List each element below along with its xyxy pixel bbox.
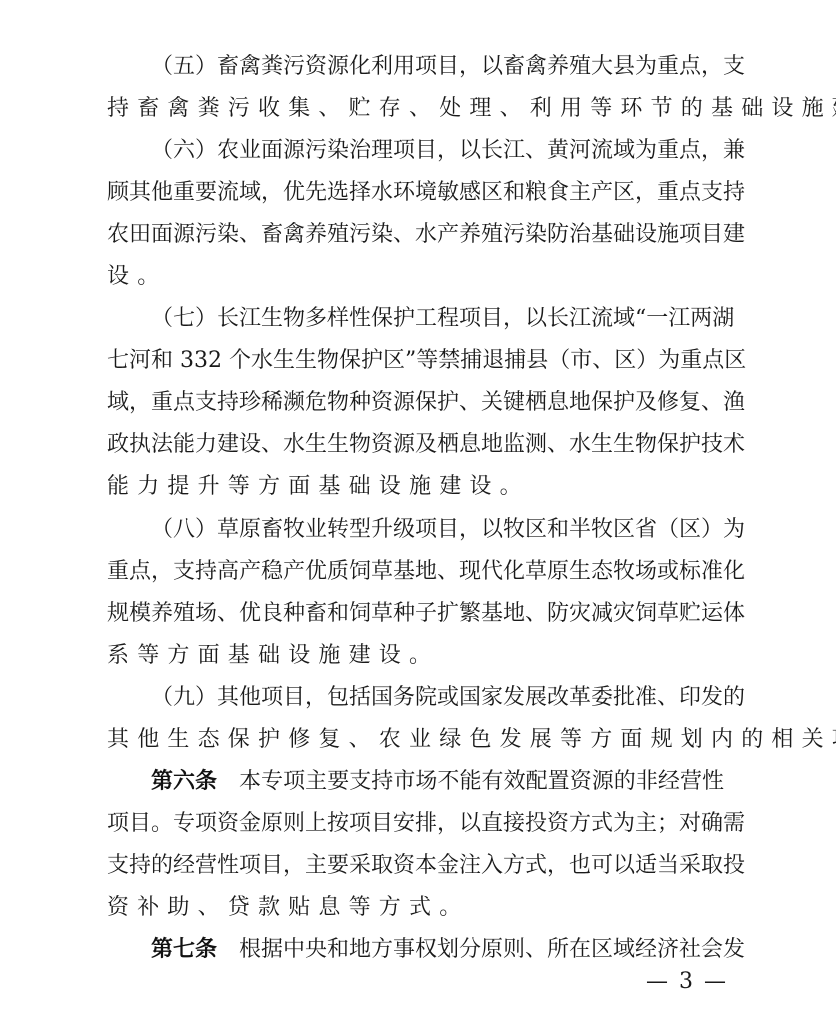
line-text: 能力提升等方面基础设施建设。 <box>107 466 724 508</box>
paragraph-article-6: 第六条 本专项主要支持市场不能有效配置资源的非经营性 项目。专项资金原则上按项目… <box>107 761 724 929</box>
text-line: 项目。专项资金原则上按项目安排，以直接投资方式为主；对确需 <box>107 803 724 845</box>
line-text: 七河和 332 个水生生物保护区”等禁捕退捕县（市、区）为重点区 <box>107 340 724 382</box>
line-text: 政执法能力建设、水生生物资源及栖息地监测、水生生物保护技术 <box>107 424 724 466</box>
line-text: 设。 <box>107 256 724 298</box>
line-text: 资补助、贷款贴息等方式。 <box>107 887 724 929</box>
text-line: 系等方面基础设施建设。 <box>107 635 724 677</box>
line-text: （七）长江生物多样性保护工程项目，以长江流域“一江两湖 <box>151 298 724 340</box>
text-line: 域，重点支持珍稀濒危物种资源保护、关键栖息地保护及修复、渔 <box>107 382 724 424</box>
article-heading: 第六条 <box>151 761 217 803</box>
paragraph-item-7: （七）长江生物多样性保护工程项目，以长江流域“一江两湖 七河和 332 个水生生… <box>107 298 724 508</box>
text-line: （九）其他项目，包括国务院或国家发展改革委批准、印发的 <box>107 677 724 719</box>
text-line: 设。 <box>107 256 724 298</box>
text-line: 持畜禽粪污收集、贮存、处理、利用等环节的基础设施建设。 <box>107 88 724 130</box>
text-line: 七河和 332 个水生生物保护区”等禁捕退捕县（市、区）为重点区 <box>107 340 724 382</box>
line-text: （九）其他项目，包括国务院或国家发展改革委批准、印发的 <box>151 677 724 719</box>
line-text: （六）农业面源污染治理项目，以长江、黄河流域为重点，兼 <box>151 130 724 172</box>
line-text: （八）草原畜牧业转型升级项目，以牧区和半牧区省（区）为 <box>151 509 724 551</box>
article-heading: 第七条 <box>151 929 217 971</box>
document-page: （五）畜禽粪污资源化利用项目，以畜禽养殖大县为重点，支 持畜禽粪污收集、贮存、处… <box>0 0 836 1034</box>
line-text: 系等方面基础设施建设。 <box>107 635 724 677</box>
line-text: 持畜禽粪污收集、贮存、处理、利用等环节的基础设施建设。 <box>107 88 724 130</box>
line-text: 农田面源污染、畜禽养殖污染、水产养殖污染防治基础设施项目建 <box>107 214 724 256</box>
line-text: 域，重点支持珍稀濒危物种资源保护、关键栖息地保护及修复、渔 <box>107 382 724 424</box>
text-line: 规模养殖场、优良种畜和饲草种子扩繁基地、防灾减灾饲草贮运体 <box>107 593 724 635</box>
document-body: （五）畜禽粪污资源化利用项目，以畜禽养殖大县为重点，支 持畜禽粪污收集、贮存、处… <box>107 46 724 971</box>
text-line: 第六条 本专项主要支持市场不能有效配置资源的非经营性 <box>107 761 724 803</box>
text-line: 政执法能力建设、水生生物资源及栖息地监测、水生生物保护技术 <box>107 424 724 466</box>
text-line: 顾其他重要流域，优先选择水环境敏感区和粮食主产区，重点支持 <box>107 172 724 214</box>
line-text: 支持的经营性项目，主要采取资本金注入方式，也可以适当采取投 <box>107 845 724 887</box>
text-line: 资补助、贷款贴息等方式。 <box>107 887 724 929</box>
line-text: 根据中央和地方事权划分原则、所在区域经济社会发 <box>239 929 745 971</box>
paragraph-item-9: （九）其他项目，包括国务院或国家发展改革委批准、印发的 其他生态保护修复、农业绿… <box>107 677 724 761</box>
text-line: （五）畜禽粪污资源化利用项目，以畜禽养殖大县为重点，支 <box>107 46 724 88</box>
paragraph-item-8: （八）草原畜牧业转型升级项目，以牧区和半牧区省（区）为 重点，支持高产稳产优质饲… <box>107 509 724 677</box>
text-line: 农田面源污染、畜禽养殖污染、水产养殖污染防治基础设施项目建 <box>107 214 724 256</box>
line-text: 其他生态保护修复、农业绿色发展等方面规划内的相关项目。 <box>107 719 724 761</box>
text-line: 支持的经营性项目，主要采取资本金注入方式，也可以适当采取投 <box>107 845 724 887</box>
paragraph-article-7: 第七条 根据中央和地方事权划分原则、所在区域经济社会发 <box>107 929 724 971</box>
line-text: 规模养殖场、优良种畜和饲草种子扩繁基地、防灾减灾饲草贮运体 <box>107 593 724 635</box>
page-number: — 3 — <box>646 966 728 998</box>
paragraph-item-5: （五）畜禽粪污资源化利用项目，以畜禽养殖大县为重点，支 持畜禽粪污收集、贮存、处… <box>107 46 724 130</box>
line-text: （五）畜禽粪污资源化利用项目，以畜禽养殖大县为重点，支 <box>151 46 724 88</box>
text-line: 重点，支持高产稳产优质饲草基地、现代化草原生态牧场或标准化 <box>107 551 724 593</box>
text-line: 能力提升等方面基础设施建设。 <box>107 466 724 508</box>
line-text: 顾其他重要流域，优先选择水环境敏感区和粮食主产区，重点支持 <box>107 172 724 214</box>
text-line: （八）草原畜牧业转型升级项目，以牧区和半牧区省（区）为 <box>107 509 724 551</box>
text-line: 第七条 根据中央和地方事权划分原则、所在区域经济社会发 <box>107 929 724 971</box>
paragraph-item-6: （六）农业面源污染治理项目，以长江、黄河流域为重点，兼 顾其他重要流域，优先选择… <box>107 130 724 298</box>
line-text: 本专项主要支持市场不能有效配置资源的非经营性 <box>239 761 724 803</box>
line-text: 重点，支持高产稳产优质饲草基地、现代化草原生态牧场或标准化 <box>107 551 724 593</box>
text-line: （六）农业面源污染治理项目，以长江、黄河流域为重点，兼 <box>107 130 724 172</box>
line-text: 项目。专项资金原则上按项目安排，以直接投资方式为主；对确需 <box>107 803 724 845</box>
text-line: 其他生态保护修复、农业绿色发展等方面规划内的相关项目。 <box>107 719 724 761</box>
text-line: （七）长江生物多样性保护工程项目，以长江流域“一江两湖 <box>107 298 724 340</box>
